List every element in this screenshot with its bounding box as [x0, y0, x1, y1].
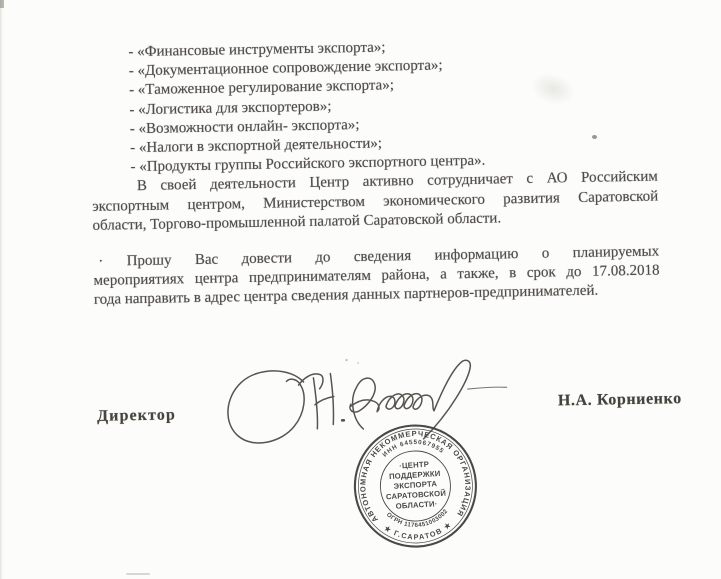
scan-dot-artifact — [592, 135, 597, 139]
letter-body: - «Финансовые инструменты экспорта»; - «… — [89, 34, 660, 311]
stamp-center-line: ОБЛАСТИ· — [395, 499, 437, 511]
letter-content: - «Финансовые инструменты экспорта»; - «… — [0, 0, 721, 579]
scan-speck-artifact — [357, 362, 359, 364]
scan-bottom-artifact — [126, 573, 150, 575]
scan-speck-artifact — [345, 359, 348, 361]
scan-corner-artifact — [0, 0, 4, 8]
signer-title: Директор — [97, 406, 176, 425]
round-stamp: АВТОНОМНАЯ НЕКОММЕРЧЕСКАЯ ОРГАНИЗАЦИЯ ИН… — [349, 419, 483, 553]
signer-name: Н.А. Корниенко — [558, 390, 682, 410]
stamp-center-line: ·ЦЕНТР — [399, 460, 429, 471]
scanned-letter-page: - «Финансовые инструменты экспорта»; - «… — [0, 0, 721, 579]
